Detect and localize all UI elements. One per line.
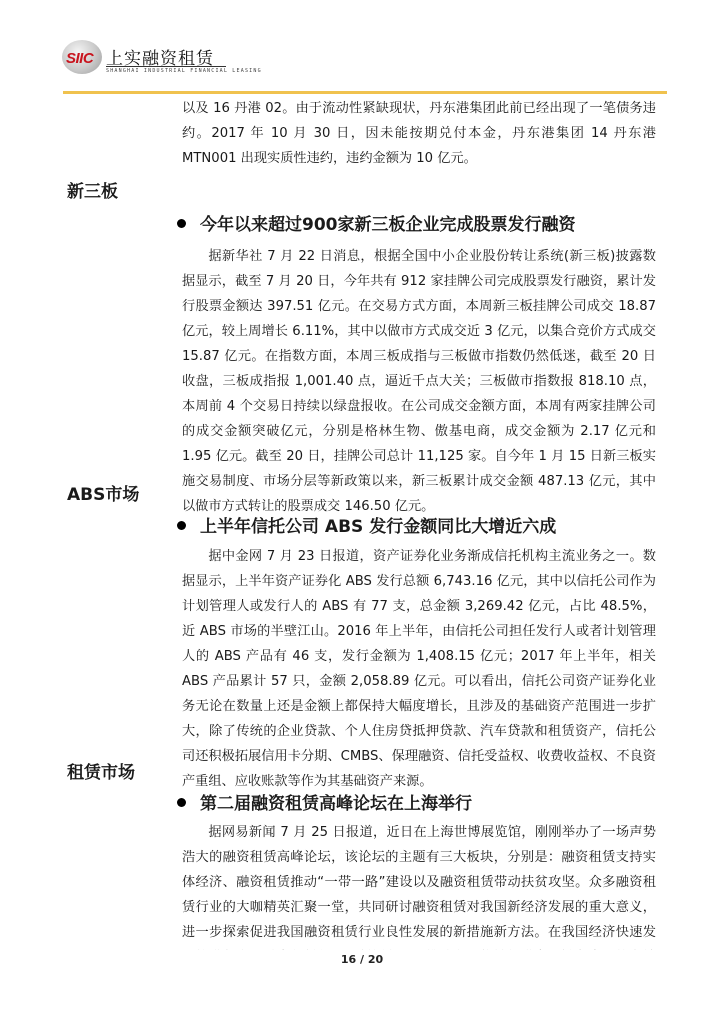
logo-mark: SIIC	[66, 50, 93, 67]
headline-leasing: 第二届融资租赁高峰论坛在上海举行	[177, 789, 472, 814]
header-divider	[63, 91, 667, 94]
company-name-en: SHANGHAI INDUSTRIAL FINANCIAL LEASING	[106, 68, 262, 74]
headline-text: 今年以来超过900家新三板企业完成股票发行融资	[200, 215, 576, 235]
headline-text: 上半年信托公司 ABS 发行金额同比大增近六成	[200, 517, 556, 537]
document-header: SIIC 上实融资租赁 SHANGHAI INDUSTRIAL FINANCIA…	[62, 40, 662, 80]
section-title-leasing: 租赁市场	[67, 758, 135, 783]
company-logo-icon: SIIC	[62, 40, 102, 74]
section-title-neeq: 新三板	[67, 177, 118, 202]
body-abs: 据中金网 7 月 23 日报道，资产证券化业务渐成信托机构主流业务之一。数据显示…	[182, 544, 656, 794]
headline-neeq: 今年以来超过900家新三板企业完成股票发行融资	[177, 210, 576, 235]
bullet-icon	[177, 219, 186, 228]
headline-abs: 上半年信托公司 ABS 发行金额同比大增近六成	[177, 512, 556, 537]
page-number: 16 / 20	[0, 953, 724, 966]
logo-underline	[106, 66, 226, 67]
bullet-icon	[177, 798, 186, 807]
section-title-abs: ABS市场	[67, 480, 139, 505]
intro-paragraph: 以及 16 丹港 02。由于流动性紧缺现状，丹东港集团此前已经出现了一笔债务违约…	[182, 96, 656, 171]
body-neeq: 据新华社 7 月 22 日消息，根据全国中小企业股份转让系统(新三板)披露数据显…	[182, 244, 656, 519]
bullet-icon	[177, 521, 186, 530]
body-leasing: 据网易新闻 7 月 25 日报道，近日在上海世博展览馆，刚刚举办了一场声势浩大的…	[182, 820, 656, 950]
headline-text: 第二届融资租赁高峰论坛在上海举行	[200, 794, 472, 814]
